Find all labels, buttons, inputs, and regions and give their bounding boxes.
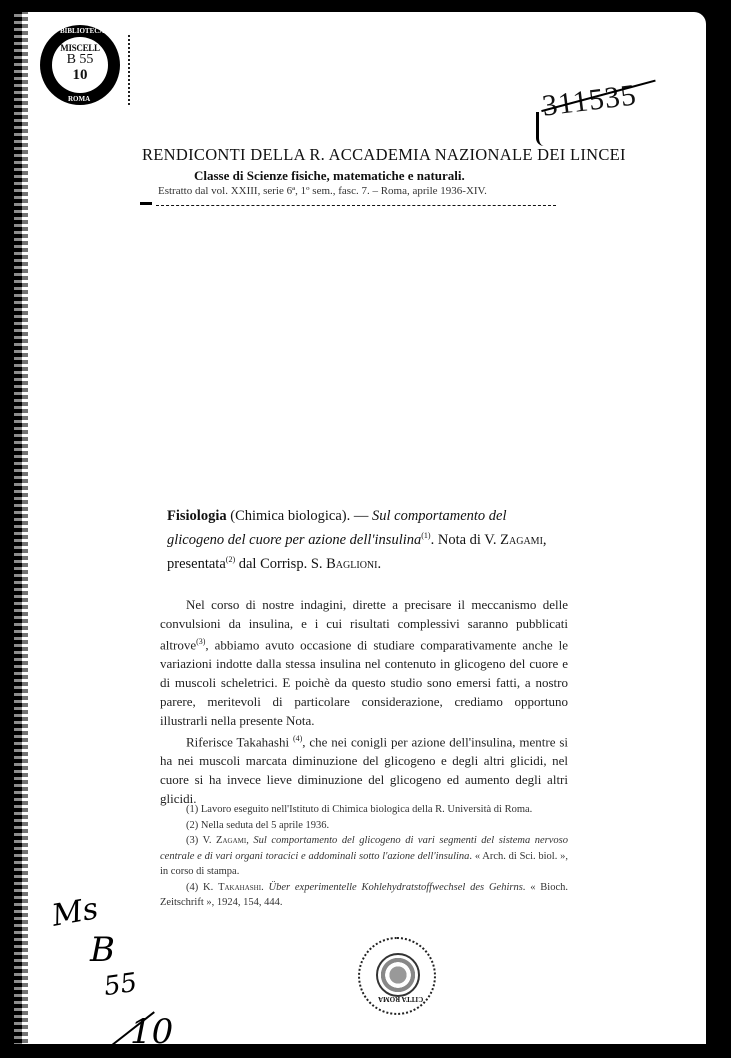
stamp-ring-text-top: BIBLIOTECA [60, 27, 104, 35]
bottom-library-stamp: CITTA ROMA [358, 937, 436, 1015]
inventory-number: 311535 [540, 78, 638, 123]
journal-citation: Estratto dal vol. XXIII, serie 6ª, 1º se… [158, 185, 487, 197]
presenter-prefix: dal Corrisp. S. [235, 556, 326, 572]
stamp-perforation [128, 35, 132, 105]
footnote-4-prefix: (4) K. [186, 882, 218, 893]
paragraph-1-text-b: , abbiamo avuto occasione di studiare co… [160, 638, 568, 728]
footnote-4: (4) K. Takahashi. Über experimentelle Ko… [160, 880, 568, 911]
footnote-4-author: Takahashi [218, 882, 261, 893]
footnote-3-prefix: (3) V. [186, 835, 216, 846]
author-name: Zagami [500, 532, 543, 548]
stamp-ring-text-bottom: ROMA [68, 95, 90, 103]
footnote-ref-1: (1) [421, 531, 430, 540]
footnote-1: (1) Lavoro eseguito nell'Istituto di Chi… [160, 802, 568, 818]
stamp-center: MISCELL B 55 10 [52, 37, 108, 93]
footnote-ref-4: (4) [293, 734, 302, 743]
footnote-4-title: Über experimentelle Kohlehydratstoffwech… [269, 882, 523, 893]
footnote-3-author: Zagami [216, 835, 246, 846]
footnote-4-sep: . [261, 882, 268, 893]
handwritten-mark-55: 55 [102, 968, 139, 1002]
bottom-stamp-text: CITTA ROMA [378, 995, 423, 1003]
footnote-ref-2: (2) [226, 555, 235, 564]
paragraph-2-text-a: Riferisce Takahashi [186, 735, 293, 750]
article-body: Nel corso di nostre indagini, dirette a … [160, 596, 568, 808]
section-label: Fisiologia [167, 508, 227, 524]
stamp-shelf: B 55 [52, 53, 108, 67]
handwritten-mark-ms: Ms [49, 891, 101, 933]
library-stamp: MISCELL B 55 10 BIBLIOTECA ROMA [32, 17, 132, 127]
handwritten-mark-b: B [90, 930, 115, 970]
subsection-label: (Chimica biologica). [230, 508, 350, 524]
heading-dash: — [350, 508, 372, 524]
header-rule [156, 205, 556, 206]
stamp-emblem [376, 953, 420, 997]
header-rule-mark [140, 202, 152, 205]
footnotes: (1) Lavoro eseguito nell'Istituto di Chi… [160, 802, 568, 911]
handwritten-mark-10: 10 [130, 1012, 173, 1052]
heading-end: . [377, 556, 381, 572]
journal-class: Classe di Scienze fisiche, matematiche e… [194, 168, 465, 184]
paragraph-1: Nel corso di nostre indagini, dirette a … [160, 596, 568, 730]
stamp-number: 10 [52, 67, 108, 83]
footnote-2: (2) Nella seduta del 5 aprile 1936. [160, 818, 568, 834]
note-by: . Nota di V. [431, 532, 501, 548]
journal-title: RENDICONTI DELLA R. ACCADEMIA NAZIONALE … [142, 145, 626, 165]
article-heading: Fisiologia (Chimica biologica). — Sul co… [167, 507, 567, 574]
paragraph-2: Riferisce Takahashi (4), che nei conigli… [160, 730, 568, 808]
presenter-name: Baglioni [326, 556, 377, 572]
footnote-3: (3) V. Zagami, Sul comportamento del gli… [160, 833, 568, 880]
document-page: MISCELL B 55 10 BIBLIOTECA ROMA 311535 R… [22, 12, 706, 1044]
